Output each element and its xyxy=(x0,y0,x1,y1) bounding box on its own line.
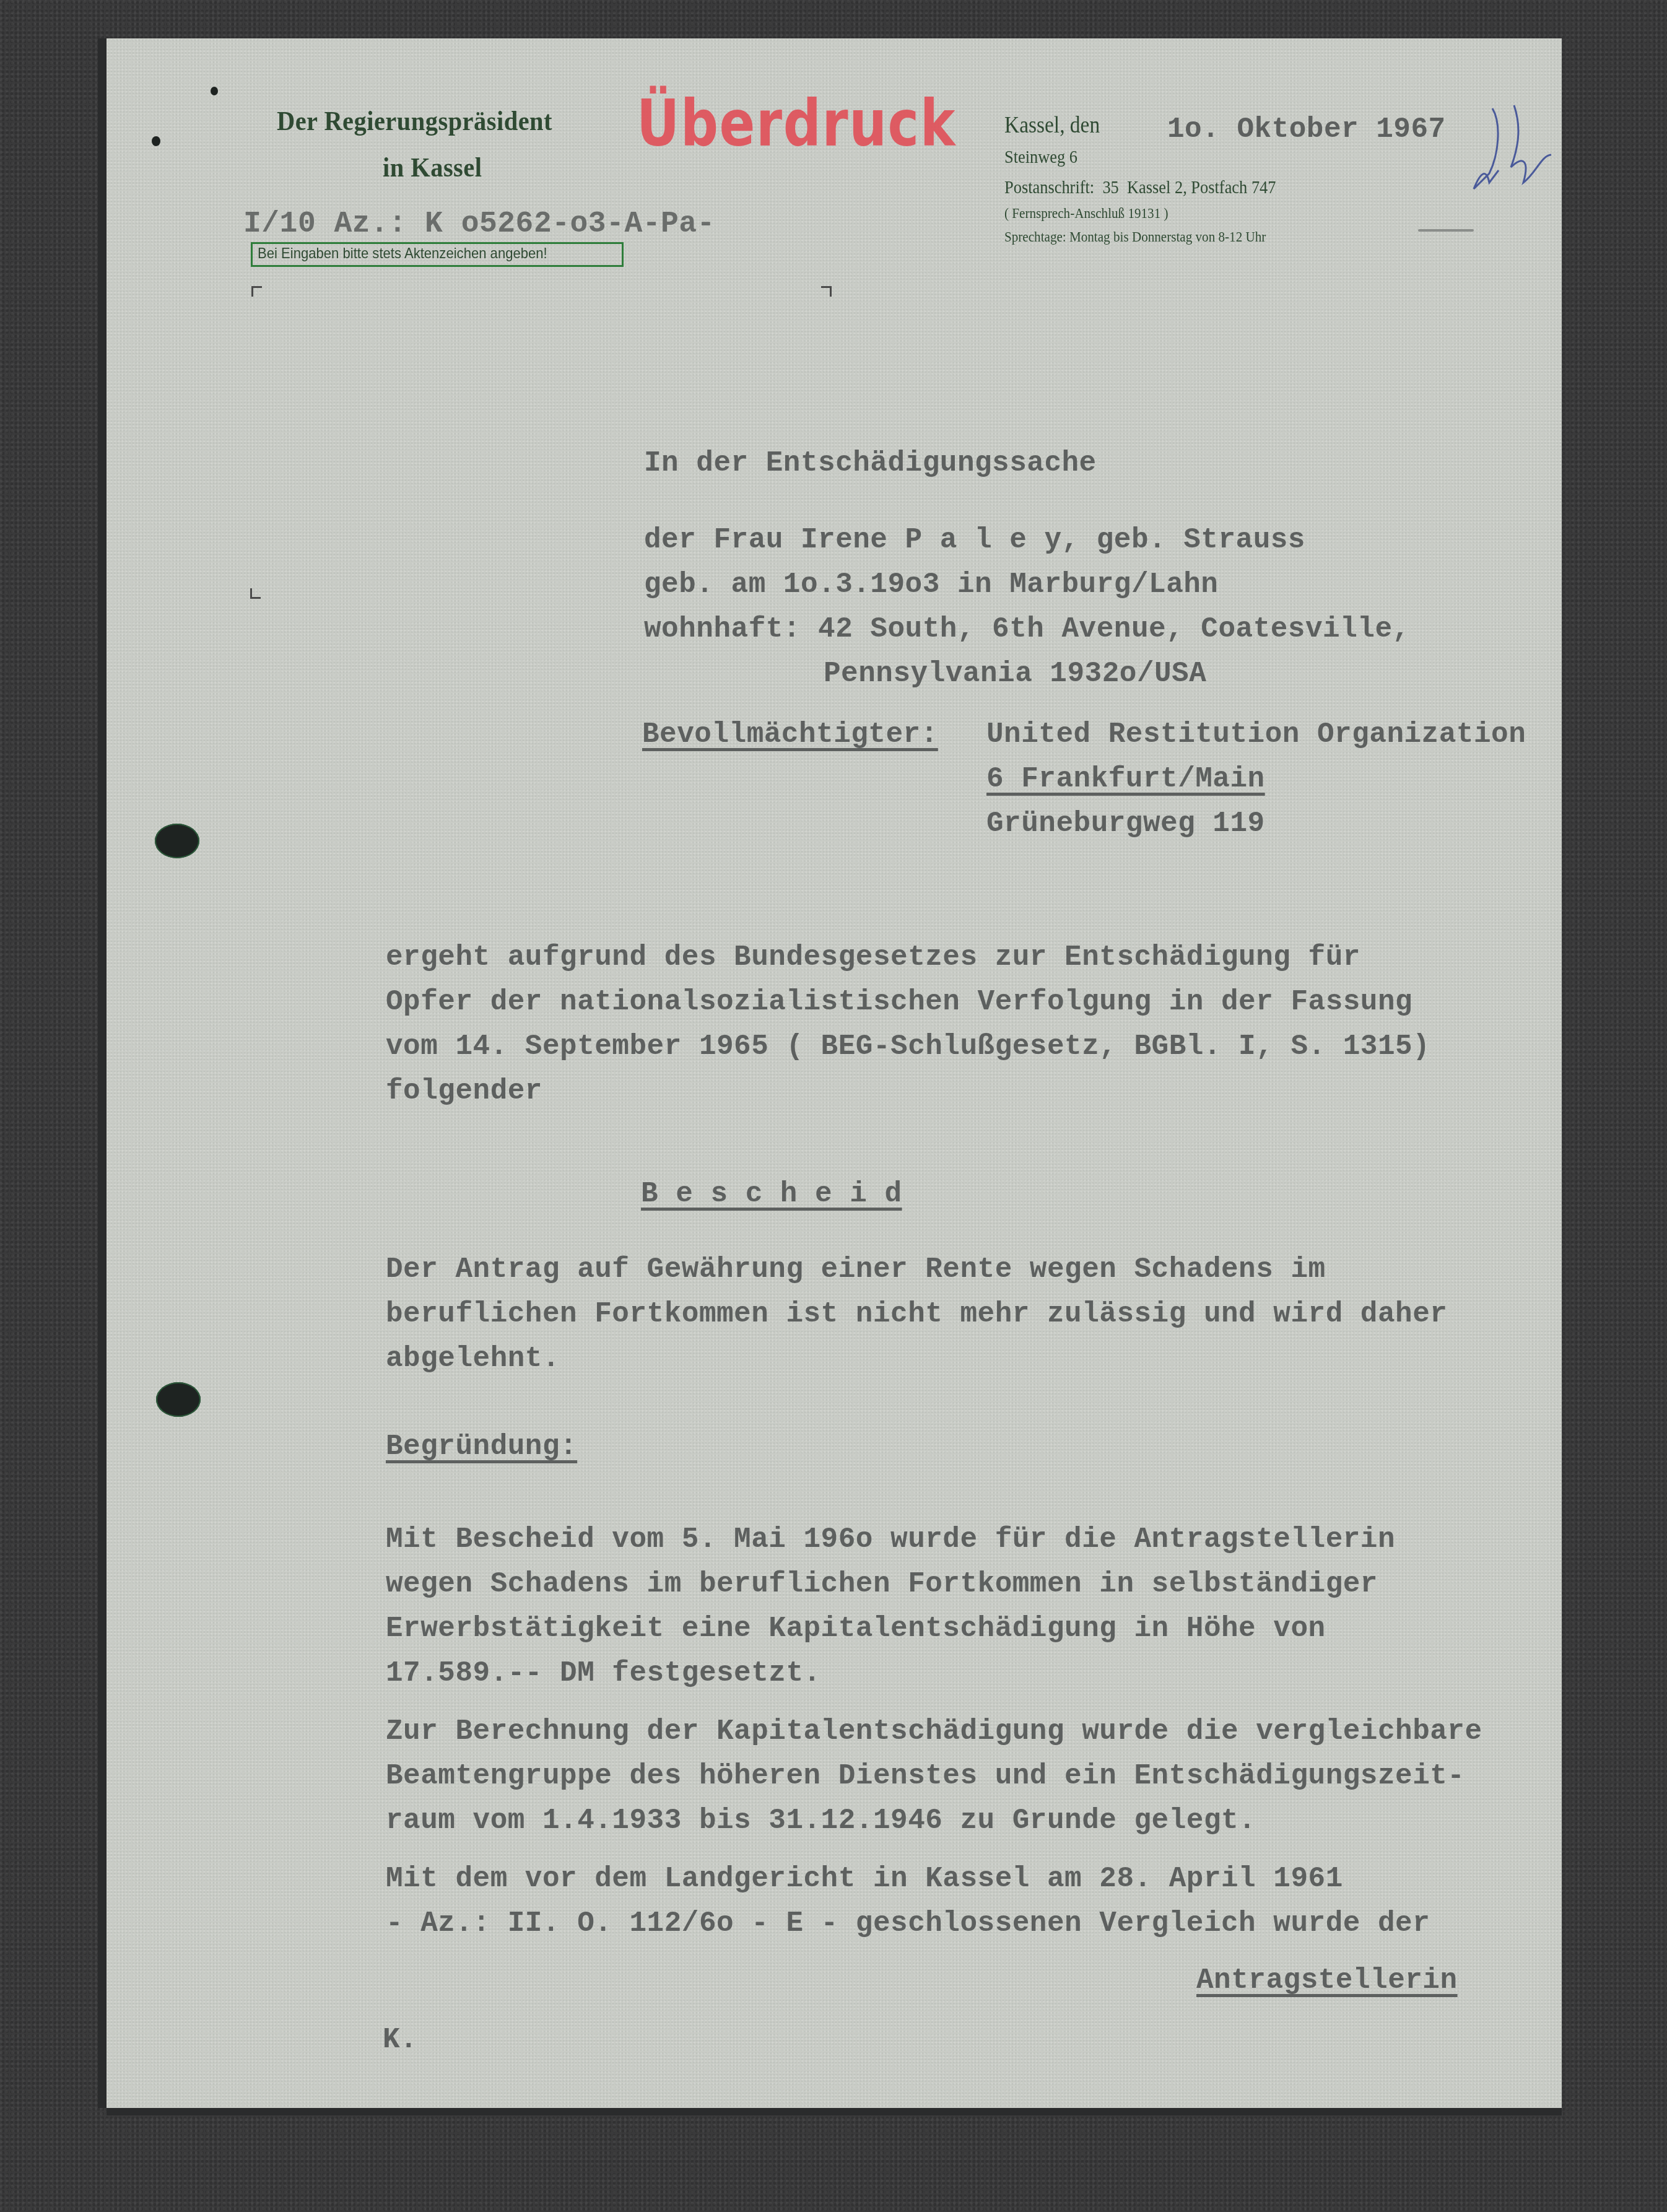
place-label: Kassel, den xyxy=(1004,111,1100,139)
preamble-line: vom 14. September 1965 ( BEG-Schlußgeset… xyxy=(386,1030,1430,1063)
ink-speck xyxy=(211,87,218,95)
reasoning-heading: Begründung: xyxy=(386,1430,577,1463)
reasoning-line: wegen Schadens im beruflichen Fortkommen… xyxy=(386,1568,1378,1600)
ink-speck xyxy=(152,136,160,146)
reasoning-line: Zur Berechnung der Kapitalentschädigung … xyxy=(386,1715,1482,1748)
decision-heading: B e s c h e i d xyxy=(641,1178,902,1210)
reasoning-line: Beamtengruppe des höheren Dienstes und e… xyxy=(386,1760,1465,1792)
preamble-line: ergeht aufgrund des Bundesgesetzes zur E… xyxy=(386,941,1360,973)
stray-mark xyxy=(1418,229,1474,232)
window-mark-bottom-left xyxy=(250,588,261,599)
window-mark-top-right xyxy=(821,286,832,297)
reasoning-line: 17.589.-- DM festgesetzt. xyxy=(386,1657,821,1689)
reference-note-box: Bei Eingaben bitte stets Aktenzeichen an… xyxy=(251,242,624,267)
claimant-address: wohnhaft: 42 South, 6th Avenue, Coatesvi… xyxy=(644,613,1410,645)
overprint-stamp: Überdruck xyxy=(637,85,956,161)
representative-street: Grüneburgweg 119 xyxy=(986,808,1265,840)
window-mark-top-left xyxy=(251,286,262,297)
document-page xyxy=(107,38,1562,2108)
representative-label: Bevollmächtigter: xyxy=(642,718,938,751)
decision-line: Der Antrag auf Gewährung einer Rente weg… xyxy=(386,1253,1326,1286)
punch-hole-bottom xyxy=(156,1382,201,1417)
claimant-name: der Frau Irene P a l e y, geb. Strauss xyxy=(644,524,1305,556)
reasoning-line: raum vom 1.4.1933 bis 31.12.1946 zu Grun… xyxy=(386,1805,1256,1837)
representative-name: United Restitution Organization xyxy=(986,718,1526,751)
reference-note: Bei Eingaben bitte stets Aktenzeichen an… xyxy=(258,245,547,263)
preamble-line: Opfer der nationalsozialistischen Verfol… xyxy=(386,986,1412,1018)
postal-address: Postanschrift: 35 Kassel 2, Postfach 747 xyxy=(1004,177,1276,198)
phone-number: ( Fernsprech-Anschluß 19131 ) xyxy=(1004,206,1169,222)
typist-initial: K. xyxy=(383,2024,417,2056)
document-date: 1o. Oktober 1967 xyxy=(1167,113,1446,146)
authority-name: Der Regierungspräsident xyxy=(277,105,552,137)
reasoning-line: Mit Bescheid vom 5. Mai 196o wurde für d… xyxy=(386,1523,1395,1556)
file-reference: I/10 Az.: K o5262-o3-A-Pa- xyxy=(243,207,715,241)
page-catchword: Antragstellerin xyxy=(1196,1964,1458,1996)
authority-city: in Kassel xyxy=(383,152,482,183)
decision-line: beruflichen Fortkommen ist nicht mehr zu… xyxy=(386,1298,1447,1330)
claimant-birth: geb. am 1o.3.19o3 in Marburg/Lahn xyxy=(644,568,1218,601)
decision-line: abgelehnt. xyxy=(386,1343,560,1375)
claimant-address-2: Pennsylvania 1932o/USA xyxy=(824,658,1206,690)
representative-city: 6 Frankfurt/Main xyxy=(986,763,1265,795)
case-intro: In der Entschädigungssache xyxy=(644,447,1097,479)
street-address: Steinweg 6 xyxy=(1004,147,1077,168)
punch-hole-top xyxy=(155,824,199,858)
office-hours: Sprechtage: Montag bis Donnerstag von 8-… xyxy=(1004,229,1266,246)
reasoning-line: - Az.: II. O. 112/6o - E - geschlossenen… xyxy=(386,1907,1430,1940)
reasoning-line: Mit dem vor dem Landgericht in Kassel am… xyxy=(386,1863,1343,1895)
preamble-line: folgender xyxy=(386,1075,542,1107)
handwritten-page-number xyxy=(1468,99,1560,192)
reasoning-line: Erwerbstätigkeit eine Kapitalentschädigu… xyxy=(386,1613,1326,1645)
